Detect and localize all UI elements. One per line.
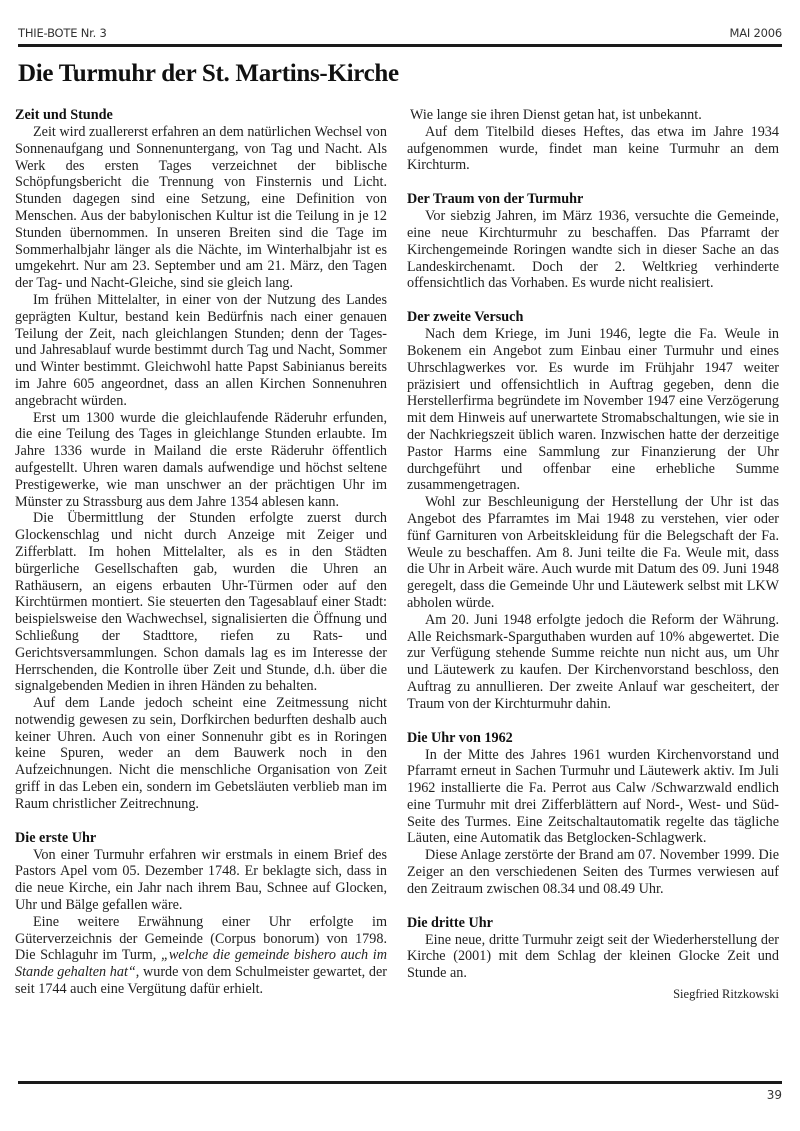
column-right: Wie lange sie ihren Dienst getan hat, is… xyxy=(407,107,779,1003)
header-rule xyxy=(18,44,782,47)
section-heading: Der Traum von der Turmuhr xyxy=(407,191,779,208)
paragraph: Wohl zur Beschleunigung der Herstellung … xyxy=(407,494,779,612)
paragraph-with-quote: Eine weitere Erwähnung einer Uhr erfolgt… xyxy=(15,914,387,998)
paragraph: Von einer Turmuhr erfahren wir erstmals … xyxy=(15,847,387,914)
paragraph: Am 20. Juni 1948 erfolgte jedoch die Ref… xyxy=(407,612,779,713)
paragraph: Auf dem Lande jedoch scheint eine Zeitme… xyxy=(15,695,387,813)
column-left: Zeit und Stunde Zeit wird zuallererst er… xyxy=(15,107,387,998)
issue-date: MAI 2006 xyxy=(729,26,782,40)
paragraph: Diese Anlage zerstörte der Brand am 07. … xyxy=(407,847,779,897)
section-heading: Zeit und Stunde xyxy=(15,107,387,124)
paragraph: Auf dem Titelbild dieses Heftes, das etw… xyxy=(407,124,779,174)
paragraph: Eine neue, dritte Turmuhr zeigt seit der… xyxy=(407,932,779,982)
paragraph: Die Übermittlung der Stunden erfolgte zu… xyxy=(15,510,387,695)
paragraph: Nach dem Kriege, im Juni 1946, legte die… xyxy=(407,326,779,494)
section-heading: Die erste Uhr xyxy=(15,830,387,847)
paragraph: Vor siebzig Jahren, im März 1936, versuc… xyxy=(407,208,779,292)
publication-name: THIE-BOTE Nr. 3 xyxy=(18,26,107,40)
footer-rule xyxy=(18,1081,782,1084)
section-heading: Der zweite Versuch xyxy=(407,309,779,326)
paragraph: In der Mitte des Jahres 1961 wurden Kirc… xyxy=(407,747,779,848)
paragraph: Im frühen Mittelalter, in einer von der … xyxy=(15,292,387,410)
author-signature: Siegfried Ritzkowski xyxy=(407,986,779,1003)
running-header: THIE-BOTE Nr. 3 MAI 2006 xyxy=(18,26,782,42)
section-heading: Die dritte Uhr xyxy=(407,915,779,932)
paragraph-continuation: Wie lange sie ihren Dienst getan hat, is… xyxy=(407,107,779,124)
page-number: 39 xyxy=(767,1088,782,1102)
section-heading: Die Uhr von 1962 xyxy=(407,730,779,747)
paragraph: Zeit wird zuallererst erfahren an dem na… xyxy=(15,124,387,292)
article-title: Die Turmuhr der St. Martins-Kirche xyxy=(18,60,399,88)
paragraph: Erst um 1300 wurde die gleichlaufende Rä… xyxy=(15,410,387,511)
